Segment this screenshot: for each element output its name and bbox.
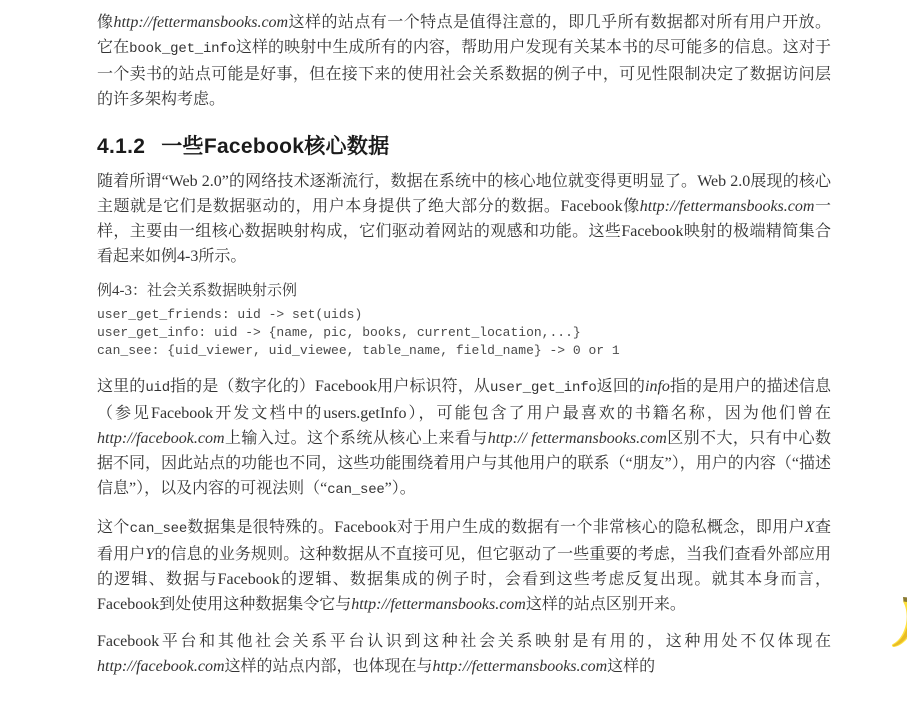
url-text: http://fettermansbooks.com (433, 658, 608, 675)
emphasis-text: info (645, 378, 670, 395)
text-run: Facebook平台和其他社会关系平台认识到这种社会关系映射是有用的，这种用处不… (97, 633, 831, 650)
text-run: 这样的站点区别开来。 (526, 596, 686, 613)
url-text: http://fettermansbooks.com (640, 198, 815, 215)
section-number: 4.1.2 (97, 135, 145, 158)
example-caption: 例4-3：社会关系数据映射示例 (97, 281, 831, 301)
code-block: user_get_friends: uid -> set(uids) user_… (97, 306, 831, 360)
paragraph: 这个can_see数据集是很特殊的。Facebook对于用户生成的数据有一个非常… (97, 515, 831, 617)
inline-code: user_get_info (490, 380, 597, 396)
section-title: 一些Facebook核心数据 (161, 135, 389, 158)
text-run: 例4-3：社会关系数据映射示例 (97, 283, 297, 299)
text-run: 返回的 (597, 378, 645, 395)
emphasis-text: Y (145, 546, 154, 563)
text-run: 数据集是很特殊的。Facebook对于用户生成的数据有一个非常核心的隐私概念，即… (187, 519, 805, 536)
url-text: http://fettermansbooks.com (113, 14, 288, 31)
text-run: 像 (97, 14, 113, 31)
text-run: 上输入过。这个系统从核心上来看与 (225, 430, 488, 447)
document-content: 像http://fettermansbooks.com这样的站点有一个特点是值得… (97, 10, 831, 679)
text-run: 这里的 (97, 378, 145, 395)
inline-code: can_see (130, 521, 187, 537)
inline-code: book_get_info (129, 41, 236, 57)
text-run: 这样的站点内部，也体现在与 (225, 658, 433, 675)
text-run: 指的是（数字化的）Facebook用户标识符，从 (170, 378, 490, 395)
url-text: http://facebook.com (97, 658, 225, 675)
url-text: http:// fettermansbooks.com (488, 430, 667, 447)
url-text: http://fettermansbooks.com (351, 596, 526, 613)
section-heading: 4.1.2一些Facebook核心数据 (97, 130, 831, 160)
paragraph: Facebook平台和其他社会关系平台认识到这种社会关系映射是有用的，这种用处不… (97, 629, 831, 679)
inline-code: uid (145, 380, 170, 396)
emphasis-text: X (805, 519, 815, 536)
text-run: ”）。 (385, 480, 416, 497)
paragraph: 这里的uid指的是（数字化的）Facebook用户标识符，从user_get_i… (97, 374, 831, 503)
text-run: 这个 (97, 519, 130, 536)
url-text: http://facebook.com (97, 430, 225, 447)
paragraph: 像http://fettermansbooks.com这样的站点有一个特点是值得… (97, 10, 831, 112)
inline-code: can_see (327, 482, 384, 498)
paragraph: 随着所谓“Web 2.0”的网络技术逐渐流行，数据在系统中的核心地位就变得更明显… (97, 169, 831, 269)
document-page: 像http://fettermansbooks.com这样的站点有一个特点是值得… (0, 0, 907, 717)
text-run: 这样的 (607, 658, 655, 675)
